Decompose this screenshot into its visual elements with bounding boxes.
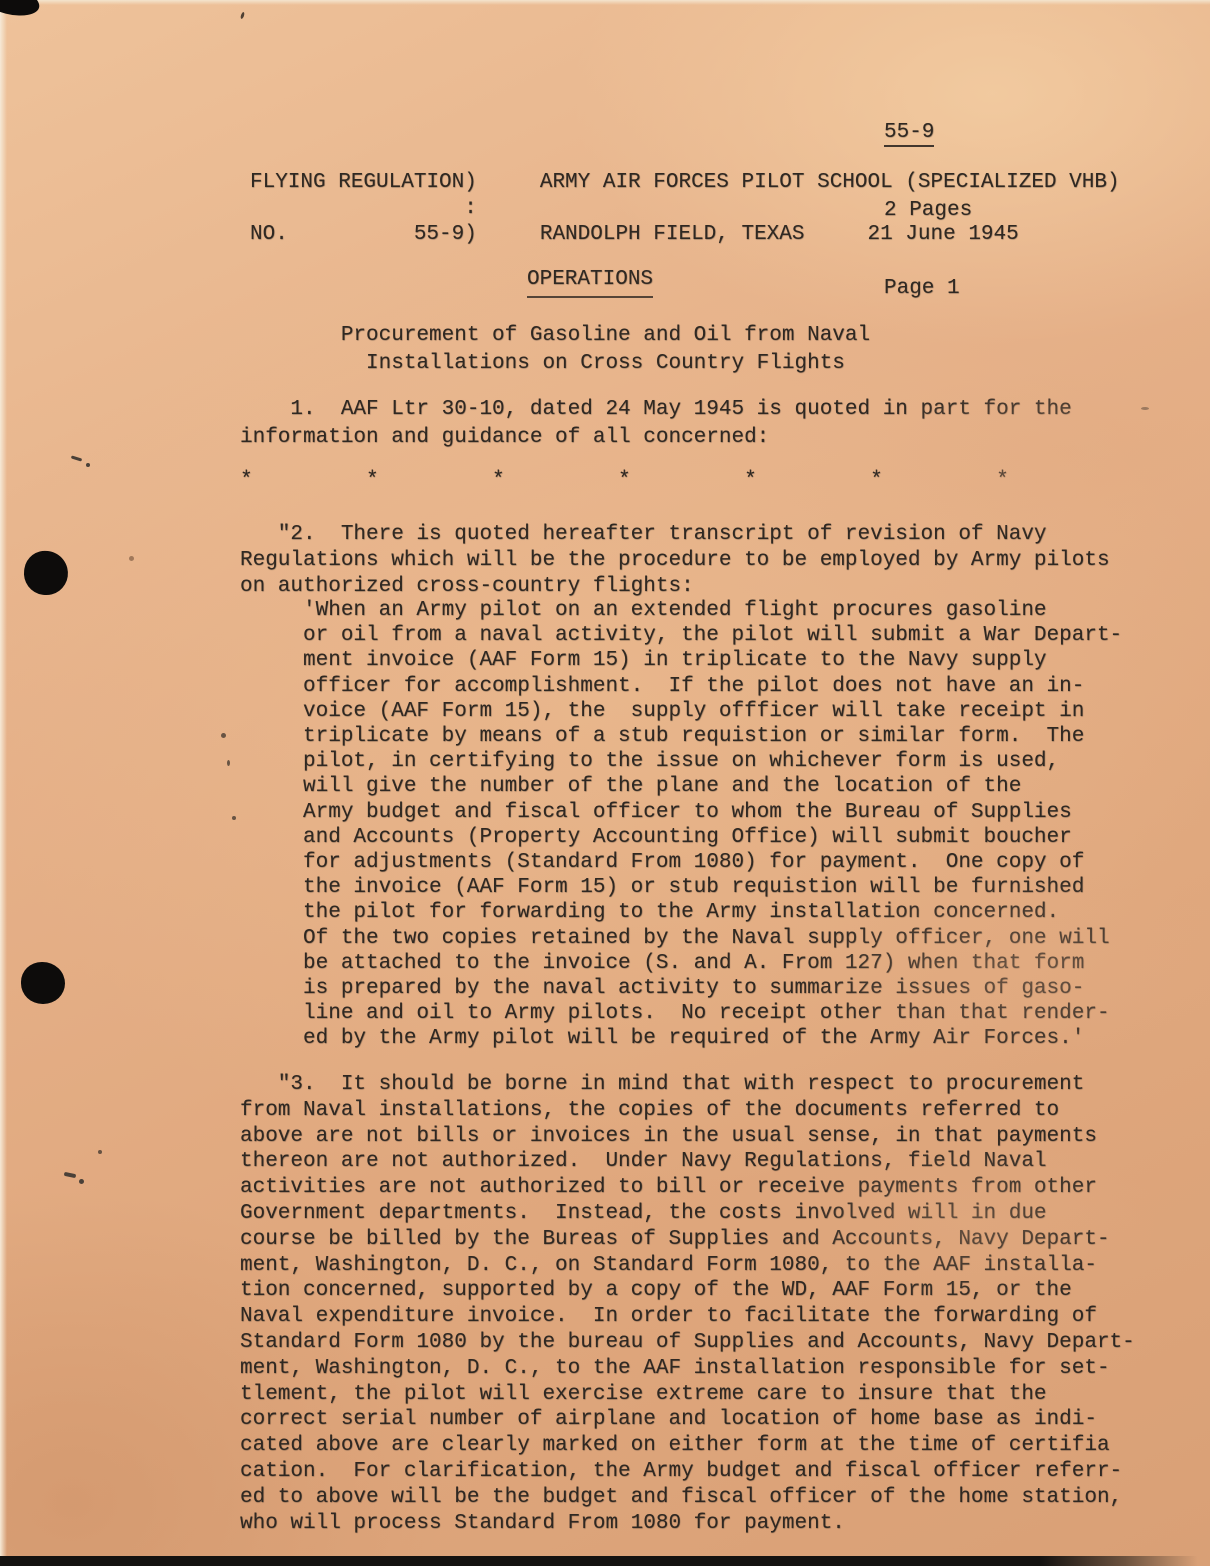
page-number: Page 1: [884, 276, 972, 302]
scanned-document-page: 55-9 2 Pages Page 1 FLYING REGULATION) A…: [0, 0, 1210, 1566]
pencil-mark-2: [64, 1172, 77, 1178]
masthead: FLYING REGULATION) ARMY AIR FORCES PILOT…: [250, 170, 1120, 248]
pencil-mark-1: [71, 455, 82, 461]
pencil-mark-1-dot: [86, 463, 90, 467]
subject-title: Procurement of Gasoline and Oil from Nav…: [240, 322, 870, 378]
paper-speck: [227, 760, 230, 766]
quoted-navy-regulation-block: 'When an Army pilot on an extended fligh…: [240, 598, 1122, 1052]
asterisk-separator: * * * * * * *: [240, 468, 1009, 494]
regulation-number: 55-9: [884, 120, 972, 146]
operations-heading: OPERATIONS: [527, 267, 653, 298]
hole-punch-bottom: [21, 962, 65, 1004]
hole-punch-top: [21, 548, 71, 598]
paper-speck: [129, 556, 134, 561]
paragraph-1: 1. AAF Ltr 30-10, dated 24 May 1945 is q…: [240, 396, 1072, 452]
paper-speck: [98, 1150, 102, 1154]
pencil-mark-2-dot: [79, 1179, 84, 1184]
paper-speck: [221, 733, 226, 738]
paper-speck: [240, 12, 245, 20]
scan-edge-top: [0, 0, 1210, 5]
paper-speck: [1141, 407, 1149, 410]
paragraph-3: "3. It should be borne in mind that with…: [240, 1072, 1135, 1536]
scan-edge-left: [0, 0, 7, 1566]
paper-speck: [232, 816, 236, 820]
paragraph-2: "2. There is quoted hereafter transcript…: [240, 522, 1110, 600]
scan-bottom-bar: [0, 1556, 1210, 1566]
